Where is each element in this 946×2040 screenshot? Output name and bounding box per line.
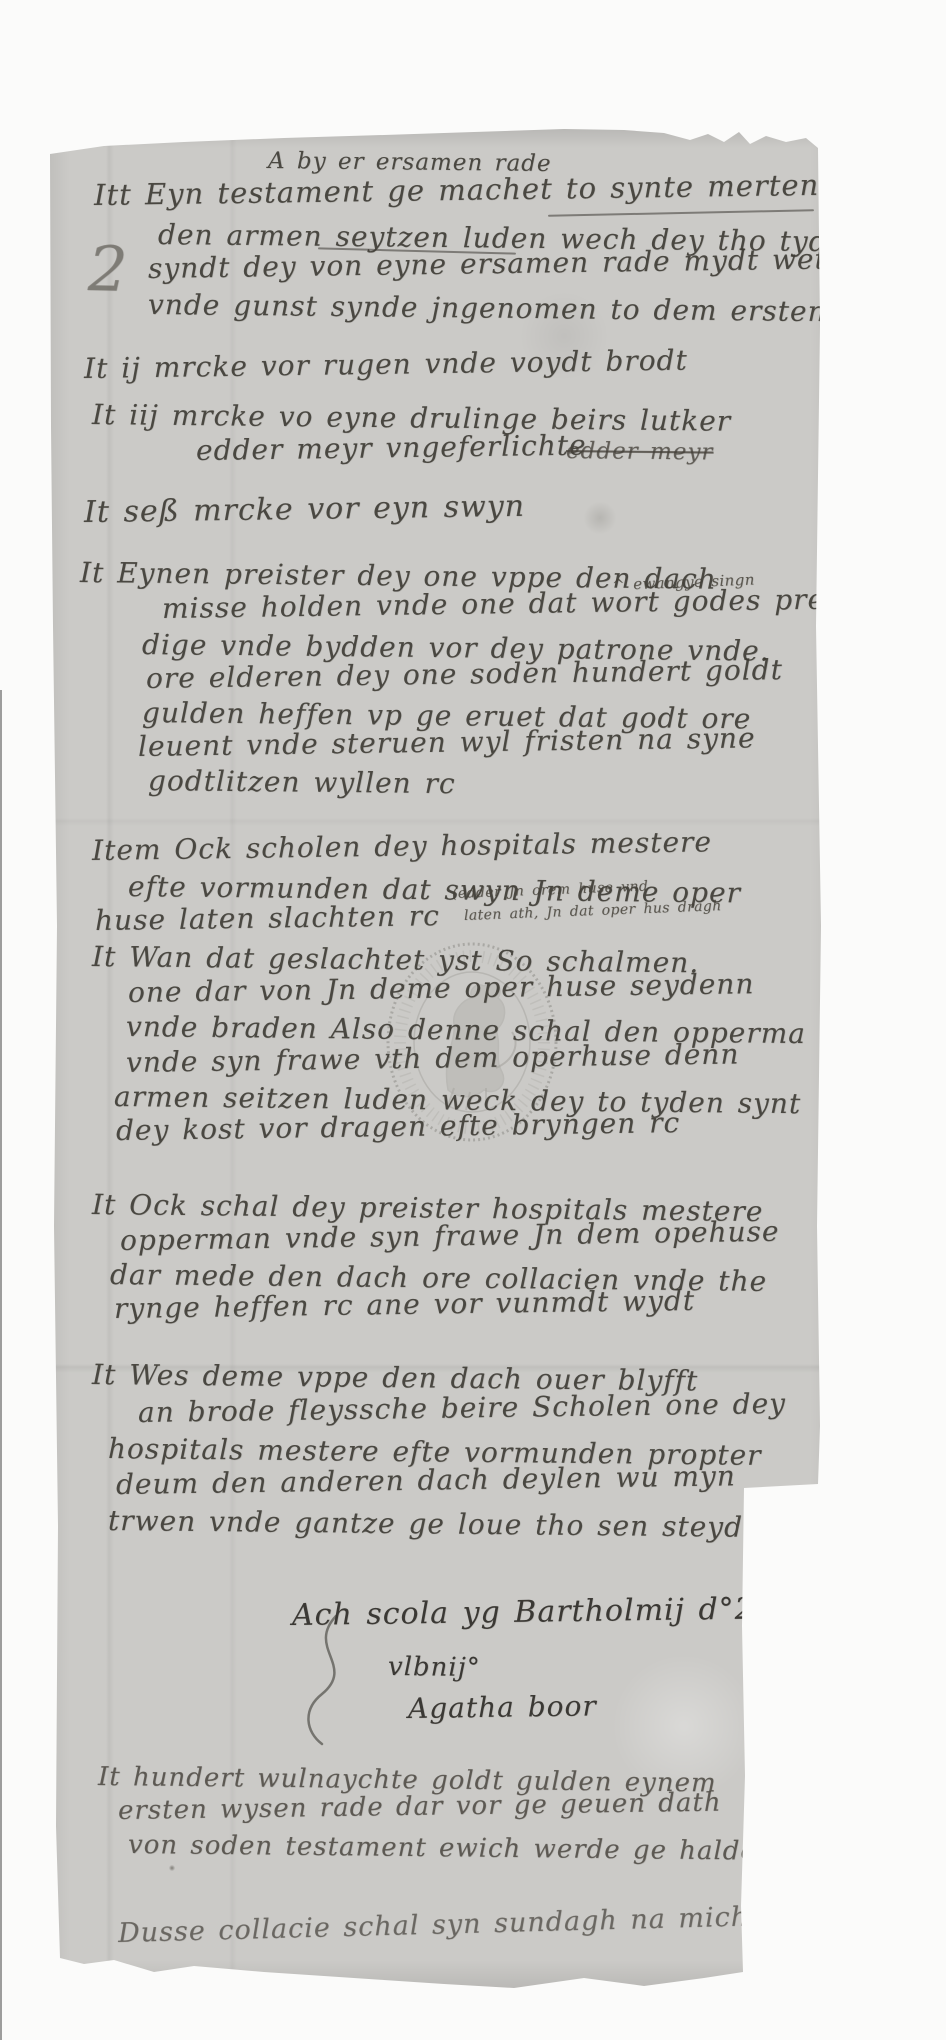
manuscript-line: huse laten slachten rc [95, 899, 440, 937]
manuscript-line: It ij mrcke vor rugen vnde voydt brodt [84, 344, 688, 385]
manuscript-line: edder meyr vngeferlichte [196, 429, 587, 467]
struck-text: edder meyr [566, 438, 714, 466]
manuscript-page: A by er ersamen rade 2 Itt Eyn testament… [44, 126, 832, 1990]
manuscript-line: vnde gunst synde jngenomen to dem ersten [148, 288, 827, 328]
scanner-edge-line [0, 690, 2, 2040]
margin-mark: 2 [87, 232, 129, 306]
manuscript-scan: A by er ersamen rade 2 Itt Eyn testament… [0, 0, 946, 2040]
manuscript-line: dey kost vor dragen efte bryngen rc [116, 1106, 681, 1147]
date-line: Agatha boor [408, 1689, 597, 1725]
date-line: vlbnij° [388, 1652, 481, 1683]
manuscript-line: Itt Eyn testament ge machet to synte mer… [94, 168, 820, 212]
manuscript-line: von soden testament ewich werde ge halde… [128, 1830, 775, 1867]
manuscript-line: godtlitzen wyllen rc [148, 764, 456, 800]
manuscript-line: rynge heffen rc ane vor vunmdt wydt [114, 1284, 695, 1325]
date-line: Ach scola yg Bartholmij d°2 [292, 1592, 755, 1633]
manuscript-line: ersten wysen rade dar vor ge geuen dath [118, 1788, 722, 1826]
underline-stroke [548, 209, 814, 217]
manuscript-line: Item Ock scholen dey hospitals mestere [92, 825, 712, 867]
manuscript-line: trwen vnde gantze ge loue tho sen steydt [108, 1504, 756, 1544]
final-line: Dusse collacie schal syn sundagh na mich… [118, 1899, 844, 1949]
manuscript-line: an brode fleyssche beire Scholen one dey [138, 1387, 786, 1429]
manuscript-line: It seß mrcke vor eyn swyn [84, 489, 525, 530]
